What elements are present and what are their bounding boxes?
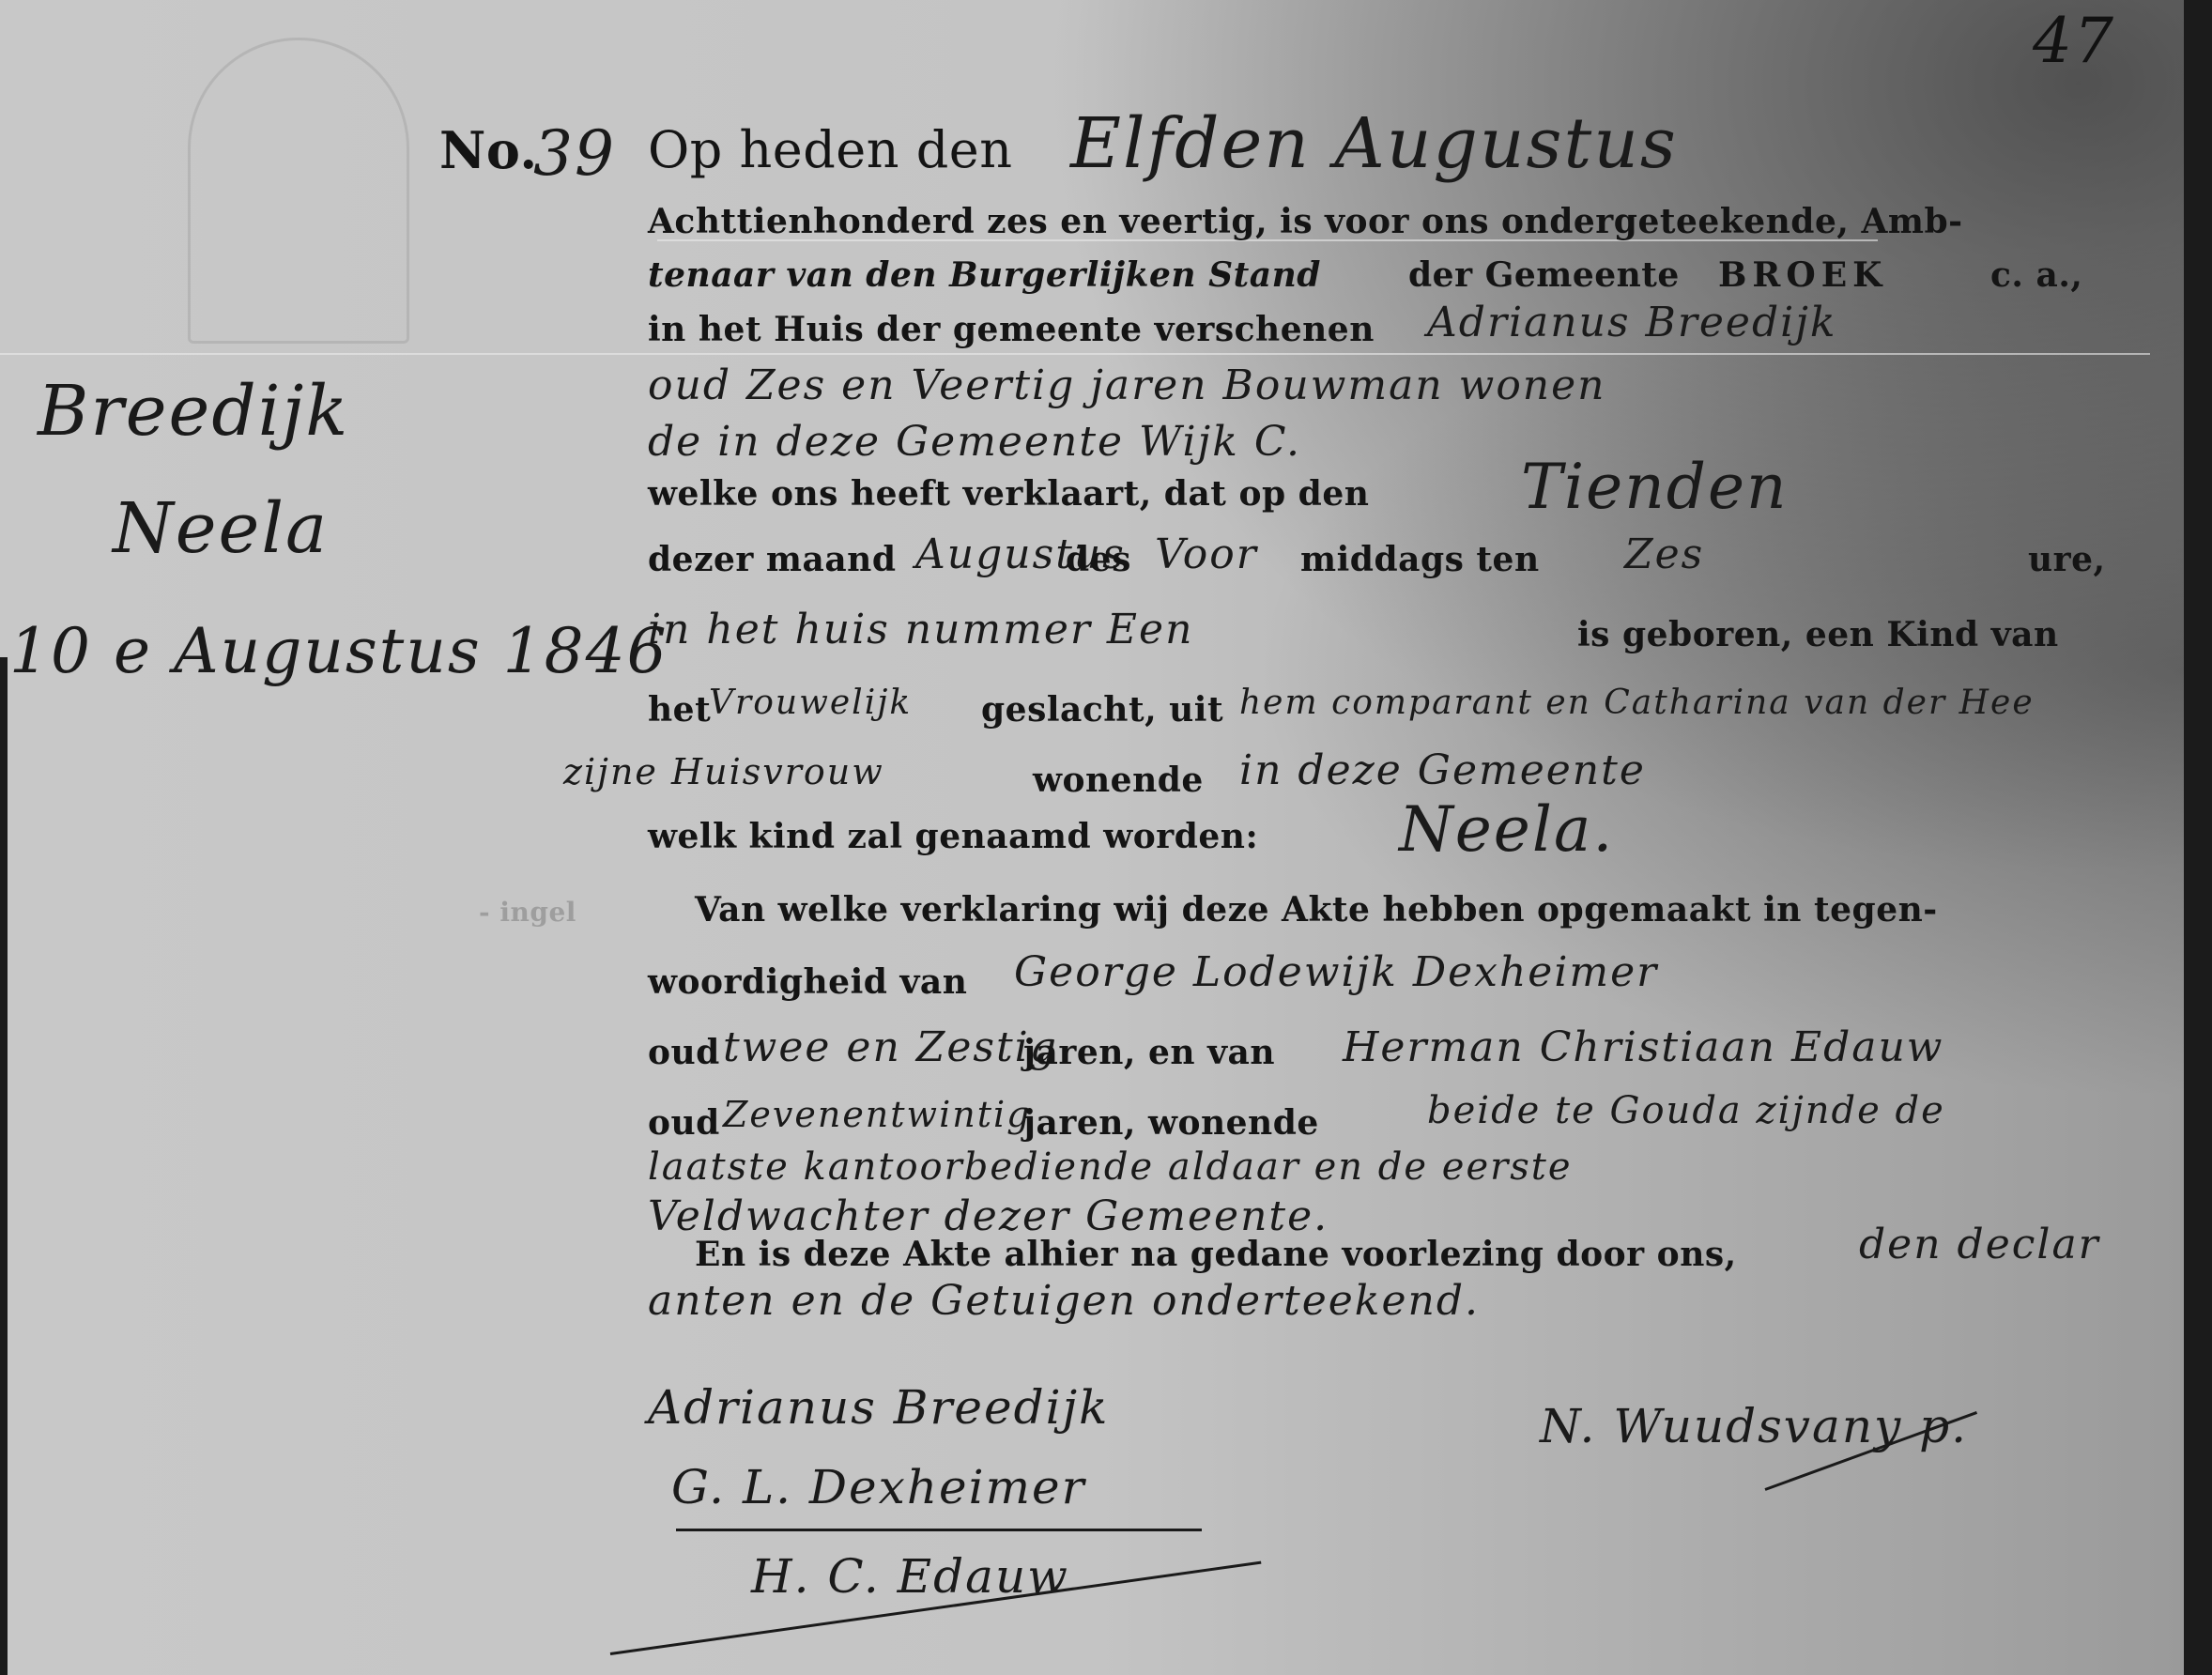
signature-declarant: Adrianus Breedijk: [648, 1380, 1109, 1435]
printed-declared: welke ons heeft verklaart, dat op den: [648, 474, 1369, 514]
mother-name: hem comparant en Catharina van der Hee: [1239, 684, 2035, 722]
printed-official-title: tenaar van den Burgerlijken Stand: [648, 255, 1321, 295]
printed-aged-2: oud: [648, 1103, 720, 1143]
printed-hour: ure,: [2028, 540, 2106, 579]
ruled-line: [0, 353, 2150, 355]
printed-years-residing: jaren, wonende: [1023, 1103, 1319, 1143]
parents-residence: in deze Gemeente: [1239, 746, 1646, 794]
mother-relation: zijne Huisvrouw: [563, 751, 884, 792]
printed-het: het: [648, 690, 711, 730]
witnesses-occupation-cont: Veldwachter dezer Gemeente.: [648, 1192, 1329, 1240]
printed-closing: En is deze Akte alhier na gedane voorlez…: [695, 1235, 1737, 1274]
declarant-age-occupation: oud Zes en Veertig jaren Bouwman wonen: [648, 361, 1606, 409]
printed-gemeente: der Gemeente: [1408, 255, 1680, 295]
municipality-name: BROEK: [1718, 255, 1887, 295]
printed-des: des: [1066, 540, 1131, 579]
signature-registrar: N. Wuudsvany p.: [1540, 1399, 1968, 1453]
witnesses-occupation: laatste kantoorbediende aldaar en de eer…: [648, 1145, 1573, 1189]
signature-witness-1: G. L. Dexheimer: [671, 1460, 1086, 1514]
birth-day: Tienden: [1521, 451, 1789, 523]
birth-time-period: Voor: [1155, 530, 1258, 578]
declarant-name: Adrianus Breedijk: [1427, 299, 1837, 346]
closing-handwritten: den declar: [1859, 1221, 2100, 1268]
birth-hour: Zes: [1624, 530, 1704, 578]
printed-appeared: in het Huis der gemeente verschenen: [648, 310, 1375, 349]
printed-aged: oud: [648, 1033, 720, 1072]
scan-left-edge: [0, 657, 8, 1675]
margin-surname: Breedijk: [38, 371, 349, 452]
printed-residing: wonende: [1033, 761, 1204, 800]
witness-1-name: George Lodewijk Dexheimer: [1014, 948, 1658, 996]
scan-right-edge: [2184, 0, 2212, 1675]
municipality-suffix: c. a.,: [1990, 255, 2082, 295]
child-sex: Vrouwelijk: [709, 684, 912, 722]
printed-sex-from: geslacht, uit: [981, 690, 1223, 730]
closing-handwritten-cont: anten en de Getuigen onderteekend.: [648, 1277, 1480, 1325]
bleed-through-text: - ingel: [479, 897, 576, 928]
printed-years-and: jaren, en van: [1023, 1033, 1275, 1072]
signature-flourish: [676, 1529, 1202, 1531]
declarant-residence: de in deze Gemeente Wijk C.: [648, 418, 1301, 466]
child-name: Neela.: [1399, 793, 1614, 866]
witnesses-residence: beide te Gouda zijnde de: [1427, 1089, 1945, 1132]
printed-presence-of: woordigheid van: [648, 962, 967, 1002]
handwritten-date-day: Elfden Augustus: [1070, 103, 1678, 184]
birth-house: in het huis nummer Een: [648, 606, 1193, 653]
printed-declaration-drafted: Van welke verklaring wij deze Akte hebbe…: [695, 890, 1938, 930]
printed-this-month: dezer maand: [648, 540, 897, 579]
witness-1-age: twee en Zestig: [723, 1023, 1058, 1071]
corner-folio-mark: 47: [2033, 5, 2115, 77]
printed-child-name: welk kind zal genaamd worden:: [648, 817, 1258, 856]
embossed-seal-stamp: [188, 38, 409, 344]
witness-2-age: Zevenentwintig: [723, 1094, 1031, 1135]
witness-2-name: Herman Christiaan Edauw: [1343, 1023, 1943, 1071]
margin-date: 10 e Augustus 1846: [9, 615, 668, 687]
document-paper: 47 No. 39 Breedijk Neela 10 e Augustus 1…: [0, 0, 2188, 1675]
opening-phrase: Op heden den: [648, 120, 1013, 179]
printed-line-year: Achttienhonderd zes en veertig, is voor …: [648, 202, 1963, 241]
number-label: No.: [439, 120, 538, 180]
certificate-number: 39: [533, 117, 616, 190]
printed-born: is geboren, een Kind van: [1577, 615, 2059, 654]
printed-afternoon: middags ten: [1300, 540, 1540, 579]
margin-given-name: Neela: [113, 488, 329, 569]
